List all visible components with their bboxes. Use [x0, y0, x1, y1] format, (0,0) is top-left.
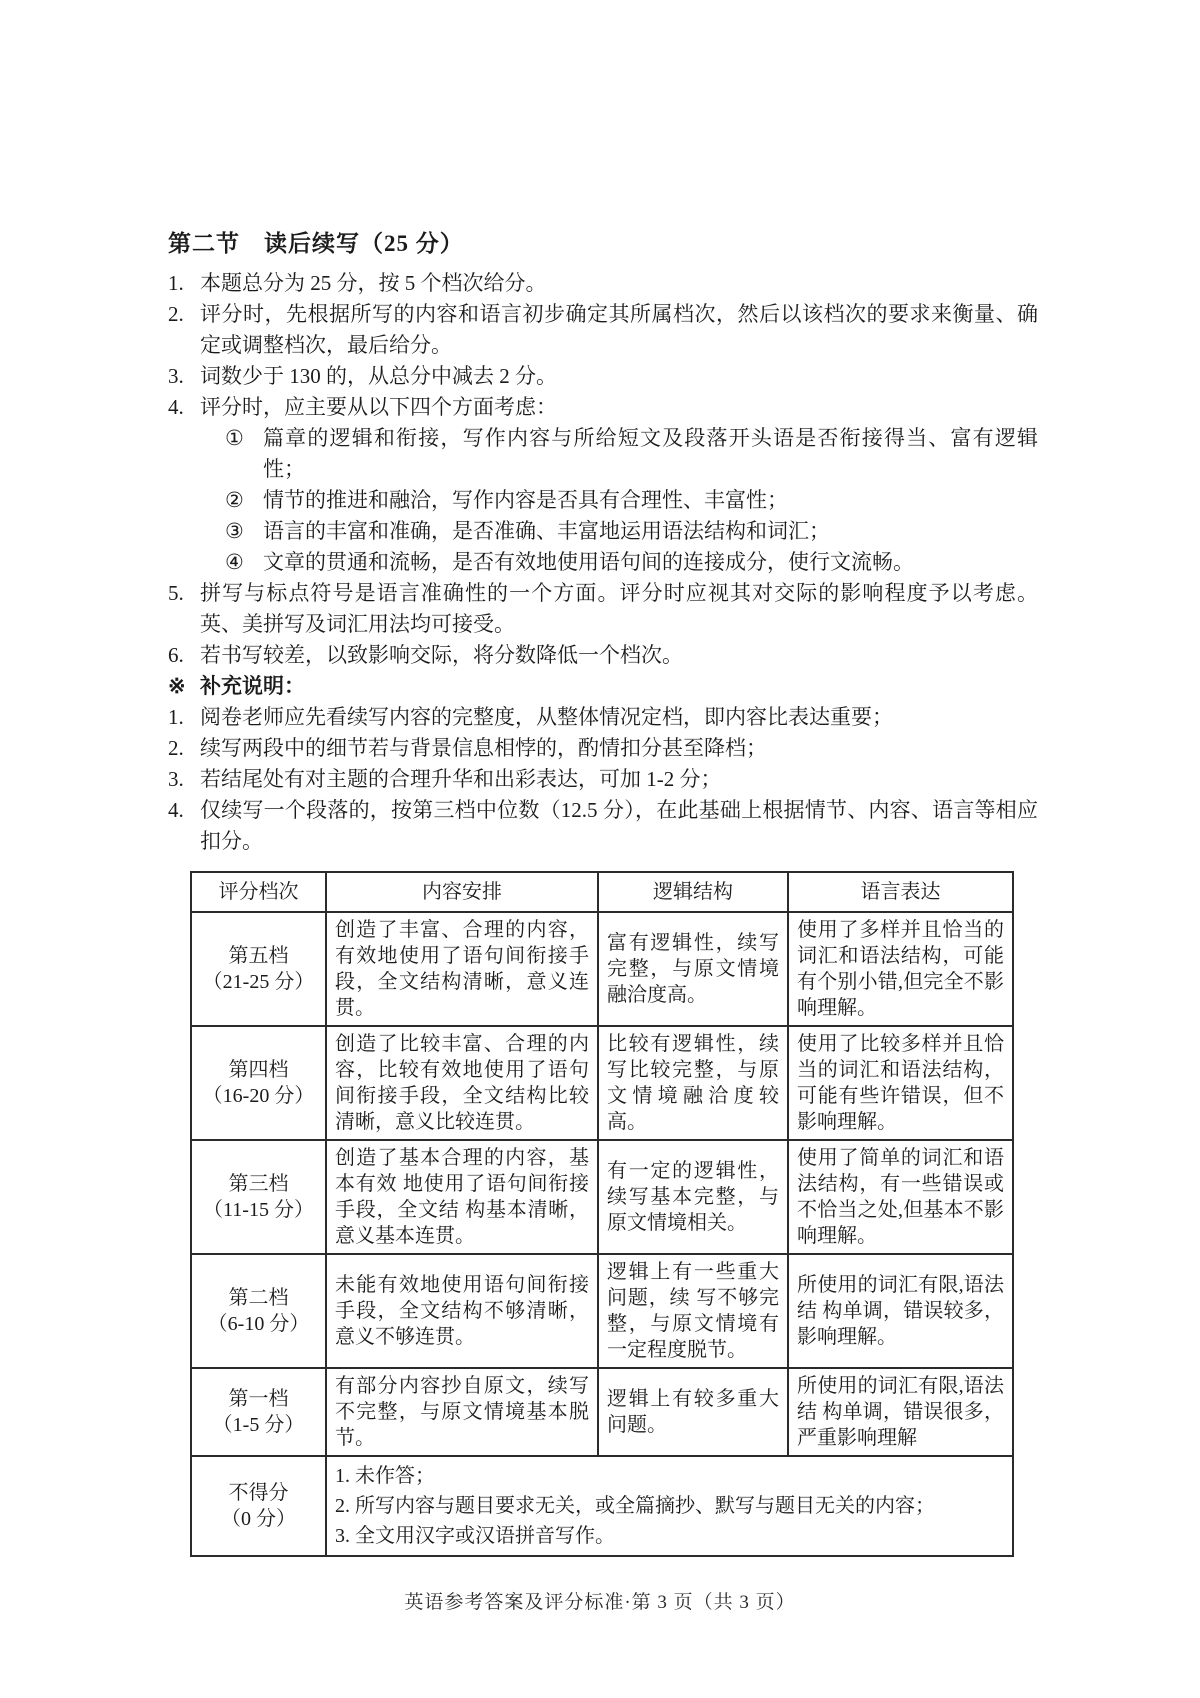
supplement-text: 阅卷老师应先看续写内容的完整度，从整体情况定档，即内容比表达重要；: [200, 702, 1038, 733]
rule-text: 本题总分为 25 分，按 5 个档次给分。: [200, 268, 1038, 299]
rule-item: 4. 评分时，应主要从以下四个方面考虑：: [168, 392, 1038, 423]
aspect-number: ③: [225, 516, 263, 547]
language-cell: 所使用的词汇有限,语法结 构单调，错误较多，影响理解。: [788, 1254, 1013, 1368]
header-logic: 逻辑结构: [598, 872, 788, 912]
supplement-number: 1.: [168, 702, 200, 733]
rule-number: 5.: [168, 578, 200, 640]
grade-label: 不得分: [200, 1480, 317, 1506]
language-cell: 所使用的词汇有限,语法结 构单调，错误很多，严重影响理解: [788, 1368, 1013, 1456]
rule-number: 2.: [168, 299, 200, 361]
grade-cell: 第一档 （1-5 分）: [191, 1368, 326, 1456]
grade-label: 第一档: [200, 1386, 317, 1412]
page-title: 第二节 读后续写（25 分）: [168, 225, 1038, 258]
supplement-title: ※ 补充说明：: [168, 671, 1038, 702]
aspect-item: ② 情节的推进和融洽，写作内容是否具有合理性、丰富性；: [168, 485, 1038, 516]
grade-cell: 第二档 （6-10 分）: [191, 1254, 326, 1368]
aspect-item: ③ 语言的丰富和准确，是否准确、丰富地运用语法结构和词汇；: [168, 516, 1038, 547]
content-cell: 创造了基本合理的内容，基本有效 地使用了语句间衔接手段，全文结 构基本清晰，意义…: [326, 1140, 598, 1254]
logic-cell: 富有逻辑性，续写完整，与原文情境融洽度高。: [598, 912, 788, 1026]
page-footer: 英语参考答案及评分标准·第 3 页（共 3 页）: [404, 1587, 795, 1614]
zero-score-line: 2. 所写内容与题目要求无关，或全篇摘抄、默写与题目无关的内容；: [335, 1491, 1004, 1521]
supplement-item: 4. 仅续写一个段落的，按第三档中位数（12.5 分），在此基础上根据情节、内容…: [168, 795, 1038, 857]
rule-item: 2. 评分时，先根据所写的内容和语言初步确定其所属档次，然后以该档次的要求来衡量…: [168, 299, 1038, 361]
supplement-text: 仅续写一个段落的，按第三档中位数（12.5 分），在此基础上根据情节、内容、语言…: [200, 795, 1038, 857]
header-language: 语言表达: [788, 872, 1013, 912]
rule-item: 6. 若书写较差，以致影响交际，将分数降低一个档次。: [168, 640, 1038, 671]
supplement-text: 若结尾处有对主题的合理升华和出彩表达，可加 1-2 分；: [200, 764, 1038, 795]
rule-text: 评分时，先根据所写的内容和语言初步确定其所属档次，然后以该档次的要求来衡量、确定…: [200, 299, 1038, 361]
supplement-number: 4.: [168, 795, 200, 857]
supplement-title-text: 补充说明：: [200, 671, 305, 702]
aspect-number: ②: [225, 485, 263, 516]
header-grade: 评分档次: [191, 872, 326, 912]
rule-item: 1. 本题总分为 25 分，按 5 个档次给分。: [168, 268, 1038, 299]
document-page: 第二节 读后续写（25 分） 1. 本题总分为 25 分，按 5 个档次给分。 …: [0, 0, 1200, 1698]
supplement-number: 3.: [168, 764, 200, 795]
table-row: 第五档 （21-25 分） 创造了丰富、合理的内容，有效地使用了语句间衔接手段，…: [191, 912, 1013, 1026]
zero-score-line: 3. 全文用汉字或汉语拼音写作。: [335, 1521, 1004, 1551]
content-cell: 有部分内容抄自原文，续写不完整，与原文情境基本脱节。: [326, 1368, 598, 1456]
table-row: 第三档 （11-15 分） 创造了基本合理的内容，基本有效 地使用了语句间衔接手…: [191, 1140, 1013, 1254]
aspect-text: 情节的推进和融洽，写作内容是否具有合理性、丰富性；: [263, 485, 1038, 516]
zero-score-cell: 1. 未作答； 2. 所写内容与题目要求无关，或全篇摘抄、默写与题目无关的内容；…: [326, 1456, 1013, 1556]
zero-score-row: 不得分 （0 分） 1. 未作答； 2. 所写内容与题目要求无关，或全篇摘抄、默…: [191, 1456, 1013, 1556]
grade-cell: 第四档 （16-20 分）: [191, 1026, 326, 1140]
aspect-item: ④ 文章的贯通和流畅，是否有效地使用语句间的连接成分，使行文流畅。: [168, 547, 1038, 578]
aspect-number: ①: [225, 423, 263, 485]
grade-score: （21-25 分）: [200, 969, 317, 995]
grade-cell: 第三档 （11-15 分）: [191, 1140, 326, 1254]
logic-cell: 逻辑上有一些重大问题，续 写不够完整，与原文情境有一定程度脱节。: [598, 1254, 788, 1368]
content-cell: 创造了丰富、合理的内容，有效地使用了语句间衔接手段，全文结构清晰，意义连贯。: [326, 912, 598, 1026]
grade-score: （6-10 分）: [200, 1311, 317, 1337]
zero-score-line: 1. 未作答；: [335, 1461, 1004, 1491]
language-cell: 使用了简单的词汇和语法结构，有一些错误或不恰当之处,但基本不影响理解。: [788, 1140, 1013, 1254]
grade-cell: 不得分 （0 分）: [191, 1456, 326, 1556]
scoring-table: 评分档次 内容安排 逻辑结构 语言表达 第五档 （21-25 分） 创造了丰富、…: [190, 871, 1014, 1557]
aspect-text: 语言的丰富和准确，是否准确、丰富地运用语法结构和词汇；: [263, 516, 1038, 547]
supplement-item: 1. 阅卷老师应先看续写内容的完整度，从整体情况定档，即内容比表达重要；: [168, 702, 1038, 733]
grade-label: 第四档: [200, 1057, 317, 1083]
rule-number: 6.: [168, 640, 200, 671]
rule-number: 1.: [168, 268, 200, 299]
rule-text: 拼写与标点符号是语言准确性的一个方面。评分时应视其对交际的影响程度予以考虑。英、…: [200, 578, 1038, 640]
logic-cell: 逻辑上有较多重大问题。: [598, 1368, 788, 1456]
grade-score: （16-20 分）: [200, 1083, 317, 1109]
table-header-row: 评分档次 内容安排 逻辑结构 语言表达: [191, 872, 1013, 912]
aspect-text: 文章的贯通和流畅，是否有效地使用语句间的连接成分，使行文流畅。: [263, 547, 1038, 578]
grade-score: （1-5 分）: [200, 1412, 317, 1438]
rule-item: 5. 拼写与标点符号是语言准确性的一个方面。评分时应视其对交际的影响程度予以考虑…: [168, 578, 1038, 640]
grade-label: 第五档: [200, 943, 317, 969]
supplement-item: 2. 续写两段中的细节若与背景信息相悖的，酌情扣分甚至降档；: [168, 733, 1038, 764]
rule-number: 4.: [168, 392, 200, 423]
grade-label: 第二档: [200, 1285, 317, 1311]
table-row: 第四档 （16-20 分） 创造了比较丰富、合理的内容，比较有效地使用了语句间衔…: [191, 1026, 1013, 1140]
page-footer-area: 英语参考答案及评分标准·第 3 页（共 3 页）: [0, 1587, 1200, 1614]
grade-label: 第三档: [200, 1171, 317, 1197]
rule-number: 3.: [168, 361, 200, 392]
rule-text: 若书写较差，以致影响交际，将分数降低一个档次。: [200, 640, 1038, 671]
language-cell: 使用了比较多样并且恰当的词汇和语法结构，可能有些许错误，但不影响理解。: [788, 1026, 1013, 1140]
logic-cell: 有一定的逻辑性，续写基本完整，与原文情境相关。: [598, 1140, 788, 1254]
rule-item: 3. 词数少于 130 的，从总分中减去 2 分。: [168, 361, 1038, 392]
supplement-item: 3. 若结尾处有对主题的合理升华和出彩表达，可加 1-2 分；: [168, 764, 1038, 795]
table-row: 第二档 （6-10 分） 未能有效地使用语句间衔接手段，全文结构不够清晰，意义不…: [191, 1254, 1013, 1368]
rule-text: 词数少于 130 的，从总分中减去 2 分。: [200, 361, 1038, 392]
aspect-item: ① 篇章的逻辑和衔接，写作内容与所给短文及段落开头语是否衔接得当、富有逻辑性；: [168, 423, 1038, 485]
grade-cell: 第五档 （21-25 分）: [191, 912, 326, 1026]
grade-score: （0 分）: [200, 1506, 317, 1532]
aspect-text: 篇章的逻辑和衔接，写作内容与所给短文及段落开头语是否衔接得当、富有逻辑性；: [263, 423, 1038, 485]
content-cell: 未能有效地使用语句间衔接手段，全文结构不够清晰，意义不够连贯。: [326, 1254, 598, 1368]
aspect-number: ④: [225, 547, 263, 578]
content-cell: 创造了比较丰富、合理的内容，比较有效地使用了语句间衔接手段，全文结构比较清晰，意…: [326, 1026, 598, 1140]
supplement-text: 续写两段中的细节若与背景信息相悖的，酌情扣分甚至降档；: [200, 733, 1038, 764]
supplement-marker: ※: [168, 671, 200, 702]
supplement-number: 2.: [168, 733, 200, 764]
rule-text: 评分时，应主要从以下四个方面考虑：: [200, 392, 1038, 423]
header-content: 内容安排: [326, 872, 598, 912]
grade-score: （11-15 分）: [200, 1197, 317, 1223]
language-cell: 使用了多样并且恰当的词汇和语法结构，可能有个别小错,但完全不影响理解。: [788, 912, 1013, 1026]
logic-cell: 比较有逻辑性，续写比较完整，与原文情境融洽度较高。: [598, 1026, 788, 1140]
table-row: 第一档 （1-5 分） 有部分内容抄自原文，续写不完整，与原文情境基本脱节。 逻…: [191, 1368, 1013, 1456]
